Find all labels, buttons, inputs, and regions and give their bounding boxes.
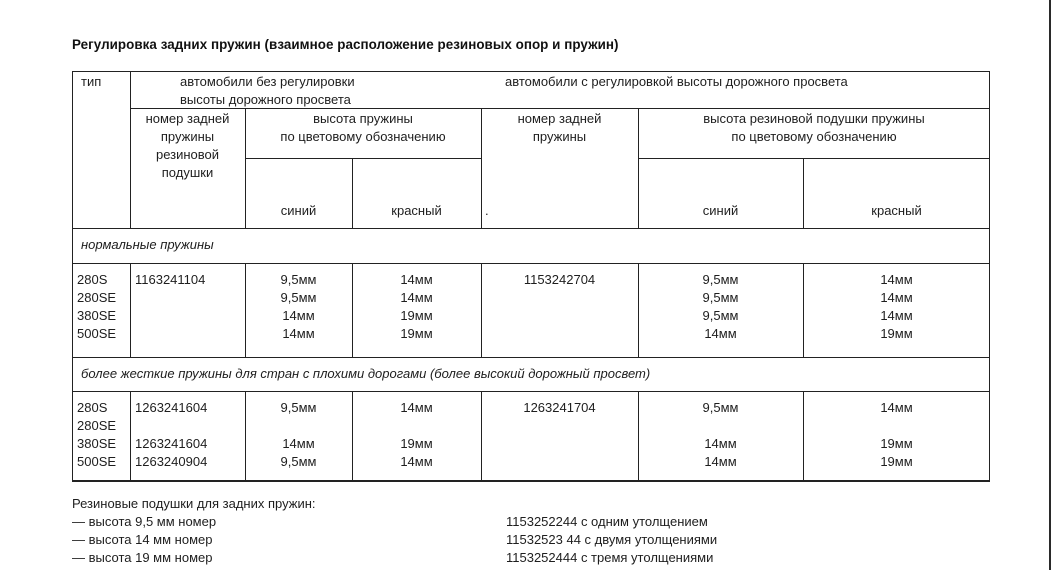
table-cell: 280S — [77, 271, 130, 289]
notes-heading: Резиновые подушки для задних пружин: — [72, 495, 316, 514]
header-rear-spring-line: пружины — [481, 128, 638, 146]
section-label-normal: нормальные пружины — [81, 236, 214, 254]
table-cell: 1263241604 — [135, 435, 245, 453]
table-cell — [803, 417, 990, 435]
header-divider-2b — [638, 158, 990, 159]
table-cell: 19мм — [352, 325, 481, 343]
note-label: — высота 14 мм номер — [72, 531, 212, 550]
table-cell — [135, 417, 245, 435]
table-cell: 14мм — [803, 307, 990, 325]
table-cell: 500SE — [77, 453, 130, 471]
table-cell: 14мм — [803, 289, 990, 307]
note-label: — высота 9,5 мм номер — [72, 513, 216, 532]
data-column-pad-numbers: 1163241104 — [135, 271, 245, 343]
header-group-without-adjust-line2: высоты дорожного просвета — [180, 91, 351, 109]
table-cell: 9,5мм — [638, 271, 803, 289]
data-column-adj-blue: 9,5мм9,5мм9,5мм14мм — [638, 271, 803, 343]
table-cell: 1263240904 — [135, 453, 245, 471]
table-cell: 1163241104 — [135, 271, 245, 289]
header-spring-height-line: по цветовому обозначению — [245, 128, 481, 146]
header-group-without-adjust-line1: автомобили без регулировки — [180, 73, 355, 91]
table-border-bottom — [72, 480, 990, 482]
data-column-adj-red: 14мм19мм19мм — [803, 399, 990, 471]
table-cell — [481, 435, 638, 453]
table-cell: 9,5мм — [638, 289, 803, 307]
header-red-1: красный — [352, 202, 481, 220]
table-cell — [481, 325, 638, 343]
table-cell: 14мм — [352, 399, 481, 417]
table-border-left — [72, 71, 73, 482]
table-cell: 14мм — [638, 325, 803, 343]
table-cell: 1263241604 — [135, 399, 245, 417]
data-column-pad-numbers: 126324160412632416041263240904 — [135, 399, 245, 471]
header-pad-number: номер задней пружины резиновой подушки — [130, 110, 245, 182]
table-cell: 380SE — [77, 307, 130, 325]
page-title: Регулировка задних пружин (взаимное расп… — [72, 37, 619, 52]
note-value: 11532523 44 с двумя утолщениями — [506, 531, 717, 550]
section-label-stiff: более жесткие пружины для стран с плохим… — [81, 365, 650, 383]
stray-mark: . — [485, 202, 489, 220]
header-pad-number-line: номер задней — [130, 110, 245, 128]
header-blue-2: синий — [638, 202, 803, 220]
table-cell — [481, 453, 638, 471]
header-rear-spring-number: номер задней пружины — [481, 110, 638, 146]
table-cell — [481, 417, 638, 435]
data-column-spring-red: 14мм14мм19мм19мм — [352, 271, 481, 343]
note-value: 1153252444 с тремя утолщениями — [506, 549, 713, 568]
table-cell: 14мм — [638, 453, 803, 471]
header-type: тип — [81, 73, 101, 91]
section2-bottom-line — [72, 391, 990, 392]
table-cell: 9,5мм — [245, 289, 352, 307]
header-pad-number-line: подушки — [130, 164, 245, 182]
section1-bottom-line — [72, 263, 990, 264]
table-cell: 500SE — [77, 325, 130, 343]
data-column-adj-red: 14мм14мм14мм19мм — [803, 271, 990, 343]
table-cell: 14мм — [352, 271, 481, 289]
header-spring-height-by-color: высота пружины по цветовому обозначению — [245, 110, 481, 146]
spring-adjustment-table: тип автомобили без регулировки высоты до… — [72, 71, 990, 481]
header-pad-number-line: резиновой — [130, 146, 245, 164]
table-cell: 1263241704 — [481, 399, 638, 417]
table-cell: 14мм — [352, 453, 481, 471]
table-cell: 19мм — [352, 307, 481, 325]
table-cell — [135, 307, 245, 325]
table-cell: 14мм — [352, 289, 481, 307]
table-cell: 14мм — [245, 307, 352, 325]
header-bottom-line — [72, 228, 990, 229]
table-cell: 280S — [77, 399, 130, 417]
table-cell: 19мм — [803, 435, 990, 453]
table-cell: 1153242704 — [481, 271, 638, 289]
table-cell — [245, 417, 352, 435]
table-cell: 9,5мм — [245, 399, 352, 417]
header-rear-spring-line: номер задней — [481, 110, 638, 128]
table-cell — [135, 325, 245, 343]
table-cell: 280SE — [77, 289, 130, 307]
data-column-spring-blue: 9,5мм14мм9,5мм — [245, 399, 352, 471]
table-cell — [481, 307, 638, 325]
table-cell: 19мм — [352, 435, 481, 453]
table-cell: 14мм — [638, 435, 803, 453]
header-red-2: красный — [803, 202, 990, 220]
header-spring-height-line: высота пружины — [245, 110, 481, 128]
header-pad-height-line: по цветовому обозначению — [638, 128, 990, 146]
data1-vline-1 — [130, 263, 131, 357]
data-column-adj-blue: 9,5мм14мм14мм — [638, 399, 803, 471]
table-cell: 19мм — [803, 453, 990, 471]
table-cell: 9,5мм — [245, 271, 352, 289]
note-value: 1153252244 с одним утолщением — [506, 513, 708, 532]
table-cell — [638, 417, 803, 435]
table-cell — [352, 417, 481, 435]
table-cell: 14мм — [803, 271, 990, 289]
table-cell — [135, 289, 245, 307]
table-cell: 19мм — [803, 325, 990, 343]
note-label: — высота 19 мм номер — [72, 549, 212, 568]
table-cell: 14мм — [245, 325, 352, 343]
data-column-types: 280S280SE380SE500SE — [77, 399, 130, 471]
table-cell — [481, 289, 638, 307]
data-column-spring-blue: 9,5мм9,5мм14мм14мм — [245, 271, 352, 343]
header-group-with-adjust: автомобили с регулировкой высоты дорожно… — [505, 73, 848, 91]
table-cell: 14мм — [245, 435, 352, 453]
table-cell: 9,5мм — [638, 307, 803, 325]
header-pad-height-by-color: высота резиновой подушки пружины по цвет… — [638, 110, 990, 146]
header-pad-height-line: высота резиновой подушки пружины — [638, 110, 990, 128]
data-column-spring-red: 14мм19мм14мм — [352, 399, 481, 471]
header-blue-1: синий — [245, 202, 352, 220]
data-column-adj-spring-numbers: 1263241704 — [481, 399, 638, 471]
data1-bottom-line — [72, 357, 990, 358]
table-cell: 280SE — [77, 417, 130, 435]
table-cell: 9,5мм — [245, 453, 352, 471]
data-column-types: 280S280SE380SE500SE — [77, 271, 130, 343]
header-divider-2a — [245, 158, 481, 159]
table-cell: 14мм — [803, 399, 990, 417]
header-pad-number-line: пружины — [130, 128, 245, 146]
data2-vline-1 — [130, 391, 131, 481]
table-cell: 9,5мм — [638, 399, 803, 417]
data-column-adj-spring-numbers: 1153242704 — [481, 271, 638, 343]
table-cell: 380SE — [77, 435, 130, 453]
